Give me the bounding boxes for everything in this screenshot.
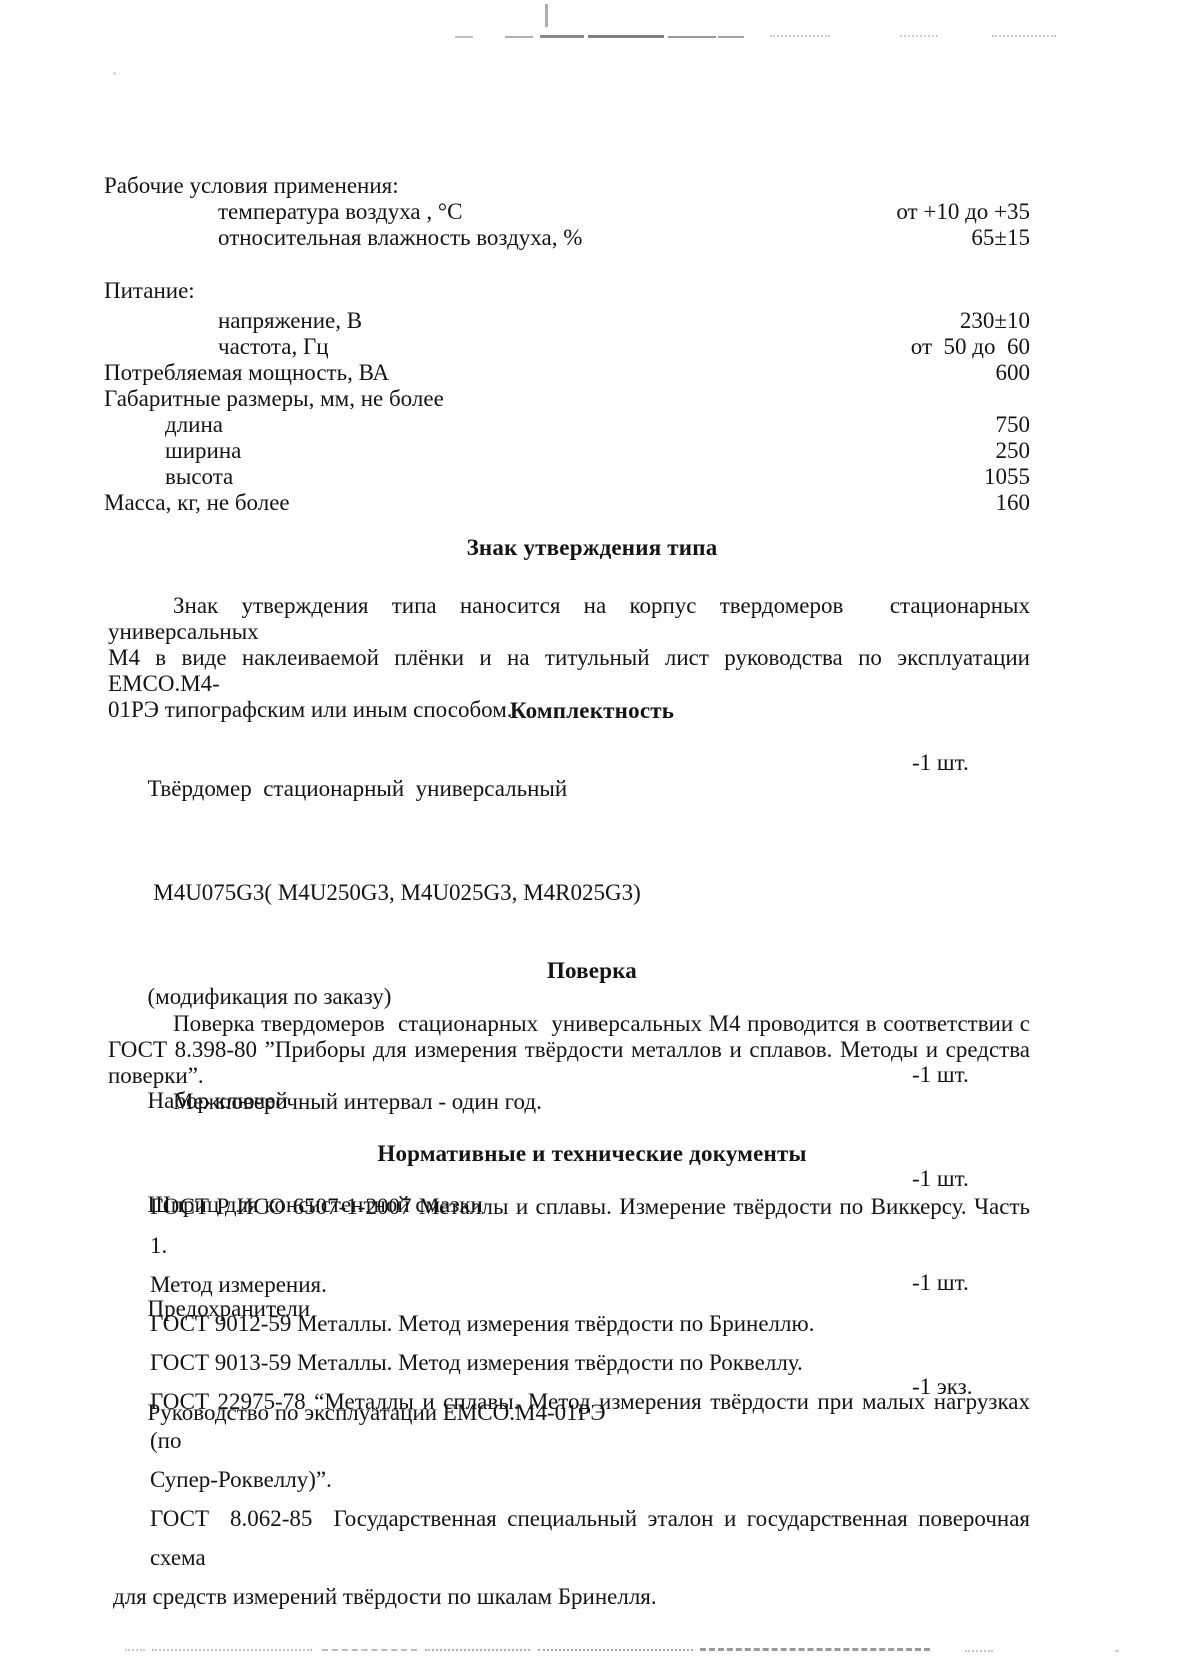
verification-interval-line: Межповерочный интервал - один год. — [108, 1089, 1030, 1115]
spec-row: длина 750 — [104, 412, 1030, 438]
spec-label: высота — [104, 464, 233, 490]
spec-label: длина — [104, 412, 223, 438]
scan-artifact-speck — [1115, 1650, 1119, 1652]
item-quantity: -1 шт. — [912, 750, 969, 776]
spec-row: Питание: — [104, 278, 1030, 304]
paragraph-line: Знак утверждения типа наносится на корпу… — [108, 593, 1030, 645]
spec-label: частота, Гц — [104, 334, 329, 360]
scan-artifact-dots — [770, 35, 830, 37]
type-approval-heading: Знак утверждения типа — [0, 535, 1184, 561]
scan-artifact-dots — [538, 1649, 693, 1651]
specs-title: Рабочие условия применения: — [104, 173, 399, 199]
item-label: М4U075G3( М4U250G3, М4U025G3, М4R025G3) — [148, 880, 641, 905]
spec-label: Питание: — [104, 278, 195, 304]
scan-artifact-dash — [718, 36, 744, 38]
spec-label: Потребляемая мощность, ВА — [104, 360, 389, 386]
spec-label: Габаритные размеры, мм, не более — [104, 386, 444, 412]
spec-value: 1055 — [984, 464, 1030, 490]
completeness-row: Твёрдомер стационарный универсальный -1 … — [113, 750, 1030, 854]
scan-artifact-dots — [425, 1649, 530, 1651]
scan-artifact-dash — [588, 35, 664, 38]
verification-heading: Поверка — [0, 958, 1184, 984]
spec-value: 230±10 — [960, 308, 1030, 334]
doc-line: Супер-Роквеллу)”. — [150, 1460, 1030, 1499]
paragraph-line: поверки”. — [108, 1063, 1030, 1089]
doc-line: ГОСТ 8.062-85 Государственная специальны… — [150, 1499, 1030, 1577]
spec-label: Масса, кг, не более — [104, 490, 290, 516]
scan-artifact-dots — [992, 35, 1056, 37]
scan-artifact-dash — [455, 36, 473, 38]
scan-artifact-dash — [505, 36, 533, 38]
scan-artifact-dots — [965, 1650, 993, 1652]
doc-line: для средств измерений твёрдости по шкала… — [113, 1577, 1030, 1616]
scan-artifact-dots — [900, 35, 938, 37]
spec-row: температура воздуха , °С от +10 до +35 — [104, 199, 1030, 225]
spec-value: от 50 до 60 — [911, 334, 1030, 360]
scan-artifact-speck — [113, 72, 116, 75]
spec-label: напряжение, В — [104, 308, 362, 334]
spec-row: Масса, кг, не более 160 — [104, 490, 1030, 516]
item-label: (модификация по заказу) — [148, 984, 392, 1009]
spec-value: 65±15 — [971, 225, 1030, 251]
spec-value: 250 — [996, 438, 1031, 464]
spec-value: 160 — [996, 490, 1031, 516]
paragraph-line: Поверка твердомеров стационарных универс… — [108, 1011, 1030, 1037]
item-label: Твёрдомер стационарный универсальный — [148, 776, 568, 801]
spec-value: 750 — [996, 412, 1031, 438]
completeness-row: М4U075G3( М4U250G3, М4U025G3, М4R025G3) — [113, 854, 1030, 958]
spec-row: Габаритные размеры, мм, не более — [104, 386, 1030, 412]
spec-row: относительная влажность воздуха, % 65±15 — [104, 225, 1030, 251]
doc-line: ГОСТ 9012-59 Металлы. Метод измерения тв… — [150, 1304, 1030, 1343]
scan-artifact-dots — [125, 1649, 145, 1651]
doc-line: Метод измерения. — [150, 1265, 1030, 1304]
doc-line: ГОСТ 22975-78 “Металлы и сплавы. Метод и… — [150, 1382, 1030, 1460]
normative-docs-list: ГОСТ Р ИСО 6507-1-2007 Металлы и сплавы.… — [104, 1187, 1030, 1616]
specs-section: Рабочие условия применения: температура … — [104, 173, 1030, 516]
scan-artifact-tick — [545, 4, 548, 27]
spec-row: высота 1055 — [104, 464, 1030, 490]
spec-label: относительная влажность воздуха, % — [104, 225, 582, 251]
scan-artifact-dash — [540, 35, 584, 38]
spec-label: ширина — [104, 438, 241, 464]
completeness-heading: Комплектность — [0, 698, 1184, 724]
verification-paragraph: Поверка твердомеров стационарных универс… — [108, 1011, 1030, 1115]
scan-artifact-dots — [322, 1649, 417, 1651]
spec-row: напряжение, В 230±10 — [104, 308, 1030, 334]
spec-label: температура воздуха , °С — [104, 199, 462, 225]
paragraph-line: М4 в виде наклеиваемой плёнки и на титул… — [108, 645, 1030, 697]
scan-artifact-dots — [152, 1649, 312, 1651]
paragraph-line: ГОСТ 8.398-80 ”Приборы для измерения твё… — [108, 1037, 1030, 1063]
spec-row: ширина 250 — [104, 438, 1030, 464]
normative-heading: Нормативные и технические документы — [0, 1141, 1184, 1167]
spec-value: 600 — [996, 360, 1031, 386]
spec-value: от +10 до +35 — [896, 199, 1030, 225]
spec-row: частота, Гц от 50 до 60 — [104, 334, 1030, 360]
doc-line: ГОСТ 9013-59 Металлы. Метод измерения тв… — [150, 1343, 1030, 1382]
specs-title-row: Рабочие условия применения: — [104, 173, 1030, 199]
spec-row: Потребляемая мощность, ВА 600 — [104, 360, 1030, 386]
scanned-document-page: Рабочие условия применения: температура … — [0, 0, 1184, 1659]
scan-artifact-dash — [668, 36, 716, 38]
doc-line: ГОСТ Р ИСО 6507-1-2007 Металлы и сплавы.… — [150, 1187, 1030, 1265]
scan-artifact-dots — [700, 1648, 930, 1651]
